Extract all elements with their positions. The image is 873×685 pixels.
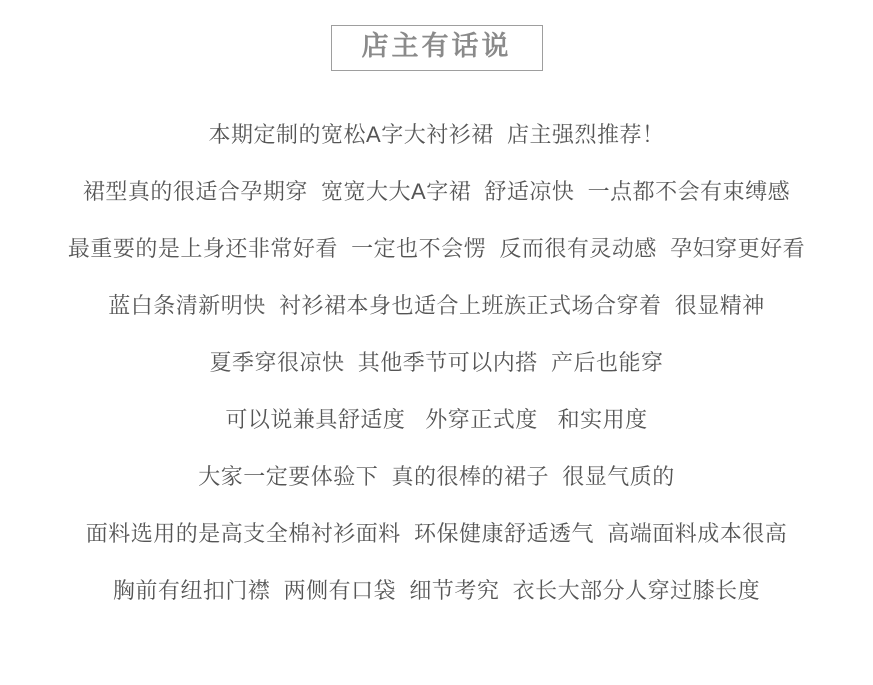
description-line: 可以说兼具舒适度 外穿正式度 和实用度 — [0, 409, 873, 431]
section-title-box: 店主有话说 — [331, 25, 543, 71]
description-line: 面料选用的是高支全棉衬衫面料 环保健康舒适透气 高端面料成本很高 — [0, 523, 873, 545]
description-line: 本期定制的宽松A字大衬衫裙 店主强烈推荐！ — [0, 124, 873, 146]
description-line: 胸前有纽扣门襟 两侧有口袋 细节考究 衣长大部分人穿过膝长度 — [0, 580, 873, 602]
description-line: 蓝白条清新明快 衬衫裙本身也适合上班族正式场合穿着 很显精神 — [0, 295, 873, 317]
description-line: 裙型真的很适合孕期穿 宽宽大大A字裙 舒适凉快 一点都不会有束缚感 — [0, 181, 873, 203]
description-line: 夏季穿很凉快 其他季节可以内搭 产后也能穿 — [0, 352, 873, 374]
description-line: 大家一定要体验下 真的很棒的裙子 很显气质的 — [0, 466, 873, 488]
product-description-page: 店主有话说 本期定制的宽松A字大衬衫裙 店主强烈推荐！ 裙型真的很适合孕期穿 宽… — [0, 0, 873, 685]
description-line: 最重要的是上身还非常好看 一定也不会愣 反而很有灵动感 孕妇穿更好看 — [0, 238, 873, 260]
description-text-block: 本期定制的宽松A字大衬衫裙 店主强烈推荐！ 裙型真的很适合孕期穿 宽宽大大A字裙… — [0, 124, 873, 602]
section-title: 店主有话说 — [362, 31, 512, 61]
